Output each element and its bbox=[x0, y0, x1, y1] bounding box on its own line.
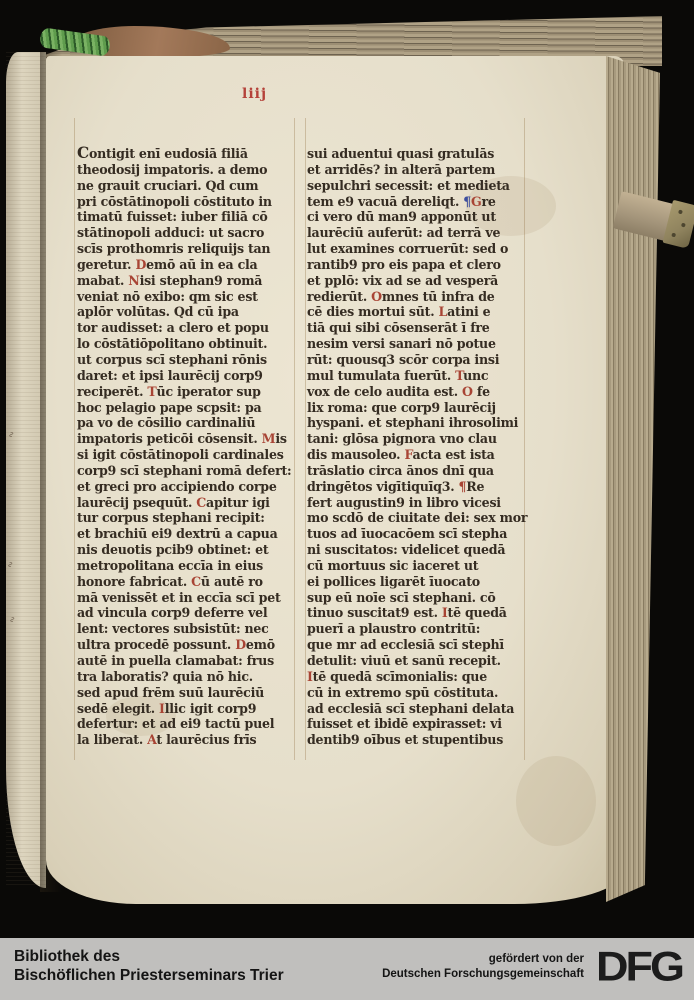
manuscript-text-line: ne grauit cruciari. Qd cum bbox=[77, 178, 299, 194]
parchment-stain bbox=[516, 756, 596, 846]
manuscript-text-line: puerī a plaustro contritū: bbox=[307, 621, 529, 637]
clasp-rivet bbox=[671, 233, 676, 238]
manuscript-text-line: mabat. Nisi stephan9 romā bbox=[77, 273, 299, 289]
manuscript-text-line: nesim versi sanari nō potue bbox=[307, 336, 529, 352]
manuscript-text-line: pri cōstātinopoli cōstituto in bbox=[77, 194, 299, 210]
caption-banner: Bibliothek des Bischöflichen Priestersem… bbox=[0, 938, 694, 1000]
clasp-rivet bbox=[678, 210, 683, 215]
manuscript-text-line: mul tumulata fuerūt. Tunc bbox=[307, 368, 529, 384]
clasp-rivet bbox=[681, 223, 686, 228]
ruling-line bbox=[305, 118, 306, 760]
manuscript-text-line: ni suscitatos: videlicet quedā bbox=[307, 542, 529, 558]
manuscript-text-line: mo scdō de ciuitate dei: sex mor bbox=[307, 510, 529, 526]
manuscript-text-line: tuos ad īuocacōem scī stepha bbox=[307, 526, 529, 542]
parchment-page: liij Contigit enī eudosiā filiātheodosij… bbox=[46, 56, 624, 904]
manuscript-text-line: detulit: viuū et sanū recepit. bbox=[307, 653, 529, 669]
manuscript-text-line: lut examines corruerūt: sed o bbox=[307, 241, 529, 257]
manuscript-text-line: autē in puella clamabat: frus bbox=[77, 653, 299, 669]
manuscript-text-line: pa vo de cōsilio cardinaliū bbox=[77, 415, 299, 431]
manuscript-text-line: dringētos vigītiquīq3. ¶Re bbox=[307, 479, 529, 495]
manuscript-text-line: impatoris peticōi cōsensit. Mis bbox=[77, 431, 299, 447]
manuscript-text-line: lent: vectores subsistūt: nec bbox=[77, 621, 299, 637]
manuscript-text-line: dentib9 oībus et stupentibus bbox=[307, 732, 529, 748]
manuscript-text-line: tinuo suscitat9 est. Itē quedā bbox=[307, 605, 529, 621]
manuscript-text-line: daret: et ipsi laurēcij corp9 bbox=[77, 368, 299, 384]
manuscript-text-line: cē dies mortui sūt. Latini e bbox=[307, 304, 529, 320]
manuscript-text-line: rantib9 pro eis papa et clero bbox=[307, 257, 529, 273]
manuscript-text-line: redierūt. Omnes tū infra de bbox=[307, 289, 529, 305]
library-name-line1: Bibliothek des bbox=[14, 947, 284, 966]
text-column-left: Contigit enī eudosiā filiātheodosij impa… bbox=[77, 146, 299, 748]
manuscript-text-line: geretur. Demō aū in ea cla bbox=[77, 257, 299, 273]
text-column-right: sui aduentui quasi gratulāset arridēs? i… bbox=[307, 146, 529, 748]
manuscript-text-line: et greci pro accipiendo corpe bbox=[77, 479, 299, 495]
manuscript-text-line: et pplō: vix ad se ad vesperā bbox=[307, 273, 529, 289]
ruling-line bbox=[74, 118, 75, 760]
manuscript-text-line: hyspani. et stephani ihrosolimi bbox=[307, 415, 529, 431]
manuscript-text-line: tiā qui sibi cōsenserāt ī fre bbox=[307, 320, 529, 336]
fore-edge-page-stack bbox=[606, 56, 660, 902]
funder-credit: gefördert von der Deutschen Forschungsge… bbox=[382, 952, 584, 981]
manuscript-text-line: fuisset et ibidē expirasset: vi bbox=[307, 716, 529, 732]
manuscript-text-line: sedē elegit. Illic igit corp9 bbox=[77, 701, 299, 717]
manuscript-text-line: dis mausoleo. Facta est ista bbox=[307, 447, 529, 463]
manuscript-text-line: laurēciū auferūt: ad terrā ve bbox=[307, 225, 529, 241]
manuscript-text-line: ci vero dū man9 apponūt ut bbox=[307, 209, 529, 225]
manuscript-text-line: tem e9 vacuā dereliqt. ¶Gre bbox=[307, 194, 529, 210]
manuscript-text-line: corp9 scī stephani romā defert: bbox=[77, 463, 299, 479]
manuscript-text-line: lix roma: que corp9 laurēcij bbox=[307, 400, 529, 416]
manuscript-text-line: defertur: et ad ei9 tactū puel bbox=[77, 716, 299, 732]
manuscript-text-line: et brachiū ei9 dextrū a capua bbox=[77, 526, 299, 542]
manuscript-text-line: vox de celo audita est. O fe bbox=[307, 384, 529, 400]
manuscript-text-line: hoc pelagio pape scpsit: pa bbox=[77, 400, 299, 416]
manuscript-text-line: fert augustin9 in libro vicesi bbox=[307, 495, 529, 511]
manuscript-text-line: trāslatio circa ānos dnī qua bbox=[307, 463, 529, 479]
manuscript-text-line: theodosij impatoris. a demo bbox=[77, 162, 299, 178]
library-name: Bibliothek des Bischöflichen Priestersem… bbox=[14, 947, 284, 985]
manuscript-text-line: ad ecclesiā scī stephani delata bbox=[307, 701, 529, 717]
manuscript-text-line: ad vincula corp9 deferre vel bbox=[77, 605, 299, 621]
manuscript-text-line: laurēcij psequūt. Capitur igi bbox=[77, 495, 299, 511]
funder-line1: gefördert von der bbox=[382, 952, 584, 967]
manuscript-text-line: ei pollices ligarēt īuocato bbox=[307, 574, 529, 590]
library-name-line2: Bischöflichen Priesterseminars Trier bbox=[14, 966, 284, 985]
manuscript-text-line: Contigit enī eudosiā filiā bbox=[77, 146, 299, 162]
manuscript-text-line: lo cōstātiōpolitano obtinuit. bbox=[77, 336, 299, 352]
manuscript-text-line: tur corpus stephani recipit: bbox=[77, 510, 299, 526]
folio-number: liij bbox=[242, 86, 267, 102]
manuscript-text-line: aplōr volūtas. Qd cū ipa bbox=[77, 304, 299, 320]
dfg-logo: DFG bbox=[596, 943, 682, 991]
manuscript-text-line: Itē quedā scīmonialis: que bbox=[307, 669, 529, 685]
manuscript-text-line: rūt: quousq3 scōr corpa insi bbox=[307, 352, 529, 368]
manuscript-text-line: veniat nō exibo: qm sic est bbox=[77, 289, 299, 305]
manuscript-text-line: la liberat. At laurēcius frīs bbox=[77, 732, 299, 748]
manuscript-text-line: et arridēs? in alterā partem bbox=[307, 162, 529, 178]
manuscript-text-line: cū in extremo spū cōstituta. bbox=[307, 685, 529, 701]
manuscript-text-line: ultra procedē possunt. Demō bbox=[77, 637, 299, 653]
manuscript-text-line: tani: glōsa pignora vno clau bbox=[307, 431, 529, 447]
manuscript-text-line: si igit cōstātinopoli cardinales bbox=[77, 447, 299, 463]
manuscript-scan-photo: ∿∿∿ liij Contigit enī eudosiā filiātheod… bbox=[0, 0, 694, 1000]
manuscript-text-line: tra laboratis? quia nō hic. bbox=[77, 669, 299, 685]
manuscript-text-line: cū mortuus sic iaceret ut bbox=[307, 558, 529, 574]
manuscript-text-line: sui aduentui quasi gratulās bbox=[307, 146, 529, 162]
funder-line2: Deutschen Forschungsgemeinschaft bbox=[382, 967, 584, 982]
manuscript-text-line: sepulchri secessit: et medieta bbox=[307, 178, 529, 194]
manuscript-text-line: scīs prothomris reliquijs tan bbox=[77, 241, 299, 257]
manuscript-text-line: stātinopoli adduci: ut sacro bbox=[77, 225, 299, 241]
manuscript-text-line: sup eū noīe scī stephani. cō bbox=[307, 590, 529, 606]
manuscript-text-line: tor audisset: a clero et popu bbox=[77, 320, 299, 336]
manuscript-text-line: timatū fuisset: iuber filiā cō bbox=[77, 209, 299, 225]
manuscript-text-line: que mr ad ecclesiā scī stephī bbox=[307, 637, 529, 653]
manuscript-text-line: honore fabricat. Cū autē ro bbox=[77, 574, 299, 590]
manuscript-text-line: metropolitana eccīa in eius bbox=[77, 558, 299, 574]
manuscript-text-line: mā venissēt et in eccīa scī pet bbox=[77, 590, 299, 606]
manuscript-text-line: ut corpus scī stephani rōnis bbox=[77, 352, 299, 368]
manuscript-text-line: nis deuotis pcib9 obtinet: et bbox=[77, 542, 299, 558]
manuscript-text-line: sed apud frēm suū laurēciū bbox=[77, 685, 299, 701]
manuscript-text-line: reciperēt. Tūc iperator sup bbox=[77, 384, 299, 400]
